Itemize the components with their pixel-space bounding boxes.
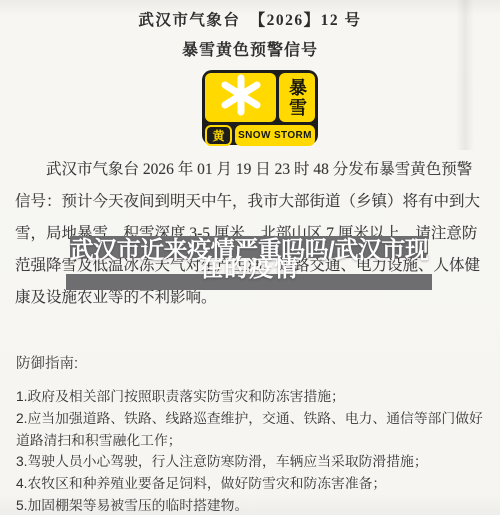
badge-name-chars: 暴雪 [279,73,315,122]
badge-bottom-row: 黄 SNOW STORM [205,125,315,146]
title-overlay-line2: 在的疫情 [70,254,428,284]
snowstorm-warning-badge: 暴雪 黄 SNOW STORM [202,70,318,145]
warning-document-page: 武汉市气象台 【2026】12 号 暴雪黄色预警信号 暴雪 黄 [0,0,500,515]
guide-heading: 防御指南: [16,352,78,373]
para-line: 信号：预计今天夜间到明天中午，我市大部街道（乡镇）将有中到大 [15,186,491,218]
badge-level-char: 黄 [207,127,230,144]
guide-item: 3.驾驶人员小心驾驶，行人注意防寒防滑，车辆应当采取防滑措施； [16,451,490,473]
doc-title: 暴雪黄色预警信号 [0,37,500,60]
badge-top-row: 暴雪 [205,73,315,122]
guide-item: 1.政府及相关部门按照职责落实防雪灾和防冻害措施； [16,386,490,408]
para-line: 武汉市气象台 2026 年 01 月 19 日 23 时 48 分发布暴雪黄色预… [15,154,491,186]
snowflake-icon [212,73,270,122]
badge-level-cell: 黄 [205,125,232,146]
doc-number: 武汉市气象台 【2026】12 号 [0,8,500,30]
badge-english-label: SNOW STORM [235,125,315,146]
snowflake-cell [205,73,276,122]
guide-item: 5.加固棚架等易被雪压的临时搭建物。 [16,495,490,515]
guide-item: 4.农牧区和种养殖业要备足饲料，做好防雪灾和防冻害准备； [16,473,490,495]
guide-list: 1.政府及相关部门按照职责落实防雪灾和防冻害措施； 2.应当加强道路、铁路、线路… [16,386,490,515]
guide-item: 2.应当加强道路、铁路、线路巡查维护，交通、铁路、电力、通信等部门做好道路清扫和… [16,408,490,452]
